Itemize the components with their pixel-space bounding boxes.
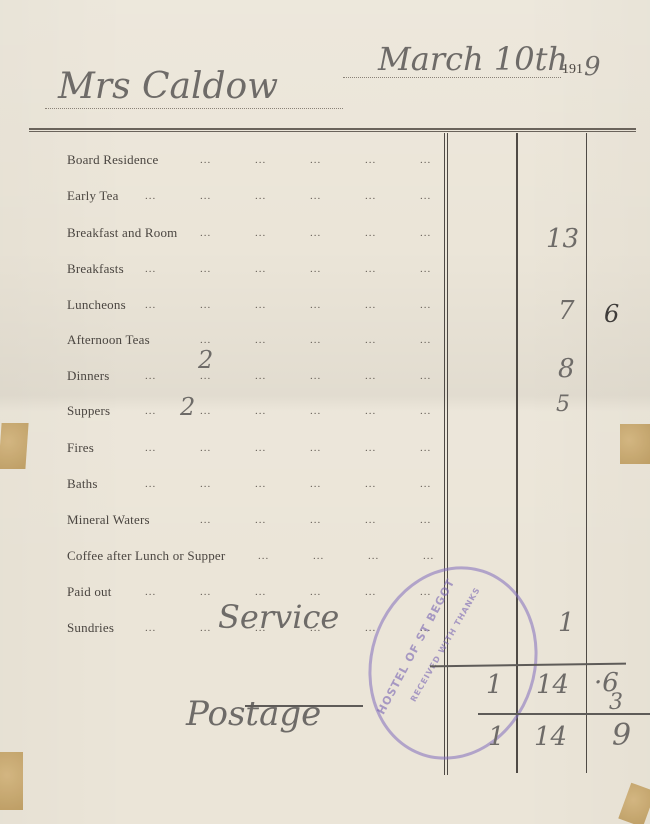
item-label: Fires [67,440,94,456]
item-label: Early Tea [67,188,119,204]
guest-name: Mrs Caldow [58,66,278,107]
item-label: Suppers [67,403,110,419]
bill-date: March 10th [378,40,568,78]
item-label: Dinners [67,368,110,384]
item-label: Breakfast and Room [67,225,177,241]
amount-pence: 6 [604,300,619,328]
total-pounds: 1 [488,722,505,752]
leader-dots: ... ... ... ... ... ... [145,478,431,490]
leader-dots: ... ... ... ... ... [200,334,431,346]
tape-left-bottom [0,752,23,810]
total-pence: 9 [612,718,631,753]
tape-right-bottom [618,783,650,824]
leader-dots: ... ... ... ... ... [200,227,431,239]
amount-shillings: 13 [546,224,579,254]
leader-dots: ... ... ... ... ... ... [145,586,431,598]
leader-dots: ... ... ... ... ... ... [145,299,431,311]
subtotal-pounds: 1 [486,670,503,700]
item-label: Mineral Waters [67,512,150,528]
item-label: Afternoon Teas [67,332,150,348]
column-divider-pence [586,133,587,773]
item-label: Breakfasts [67,261,124,277]
year-last-digit: 9 [584,52,601,82]
total-rule [478,713,650,715]
header-rule-bottom [29,131,636,132]
amount-shillings: 1 [558,608,575,638]
date-line [343,77,561,78]
leader-dots: ... ... ... ... ... ... [145,190,431,202]
amount-shillings: 8 [558,354,575,384]
tape-right-middle [620,424,650,464]
header-rule-top [29,128,636,130]
tape-left-middle [0,423,29,469]
item-label: Board Residence [67,152,158,168]
leader-dots: ... ... ... ... [258,550,434,562]
item-label: Baths [67,476,98,492]
amount-shillings: 5 [556,392,570,417]
leader-dots: ... ... ... ... ... ... [145,442,431,454]
item-annotation: 2 [180,393,195,421]
item-annotation: 2 [198,346,213,374]
item-annotation: Service [218,598,339,636]
subtotal-shillings: 14 [536,670,569,700]
leader-dots: ... ... ... ... ... ... [145,263,431,275]
item-label: Sundries [67,620,114,636]
postage-pence: 3 [609,690,623,715]
amount-shillings: 7 [558,296,575,326]
leader-dots: ... ... ... ... ... ... [145,370,431,382]
item-label: Coffee after Lunch or Supper [67,548,225,564]
leader-dots: ... ... ... ... ... [200,154,431,166]
postage-overline [245,705,363,707]
item-label: Paid out [67,584,112,600]
total-shillings: 14 [534,722,567,752]
guest-name-line [45,108,343,109]
leader-dots: ... ... ... ... ... [200,514,431,526]
year-printed: 191 [562,62,583,78]
postage-label: Postage [186,694,321,734]
item-label: Luncheons [67,297,126,313]
